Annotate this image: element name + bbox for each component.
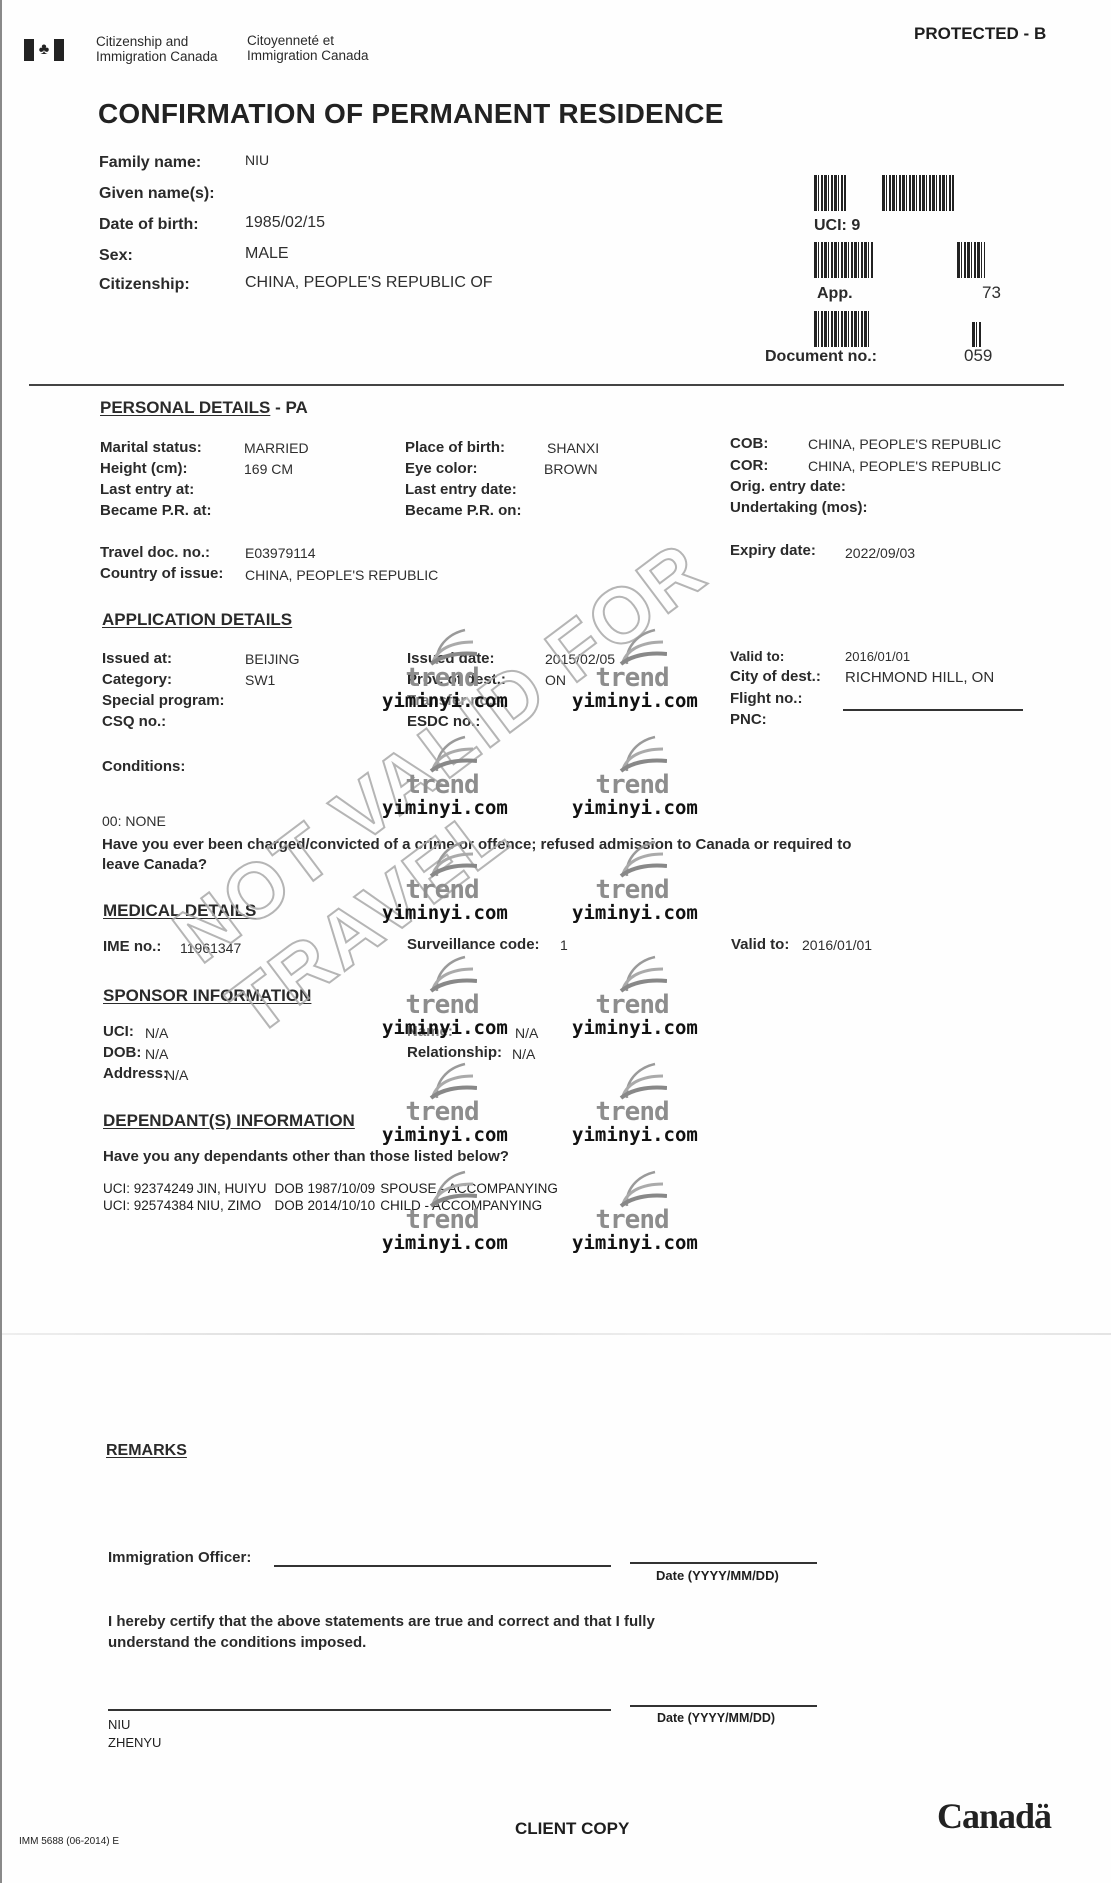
- canada-flag-icon: ♣: [24, 39, 64, 61]
- marital-status-value: MARRIED: [244, 440, 309, 456]
- trend-watermark: trendyiminyi.com: [382, 735, 502, 819]
- classification-label: PROTECTED - B: [914, 24, 1046, 44]
- medical-valid-to-label: Valid to:: [731, 936, 789, 953]
- header-divider: [29, 384, 1064, 386]
- sponsor-address-value: N/A: [165, 1067, 188, 1083]
- city-of-dest-value: RICHMOND HILL, ON: [845, 669, 994, 686]
- trend-watermark: trendyiminyi.com: [572, 955, 692, 1039]
- travel-doc-label: Travel doc. no.:: [100, 544, 210, 561]
- dept-name-fr: Citoyenneté etImmigration Canada: [247, 33, 369, 63]
- app-barcode-left: [814, 242, 874, 278]
- trend-watermark: trendyiminyi.com: [382, 955, 502, 1039]
- surveillance-code-value: 1: [560, 937, 568, 953]
- trend-watermark: trendyiminyi.com: [572, 1062, 692, 1146]
- category-label: Category:: [102, 671, 172, 688]
- document-barcode-right: [972, 322, 982, 347]
- family-name-value: NIU: [245, 152, 269, 168]
- page-title: CONFIRMATION OF PERMANENT RESIDENCE: [98, 98, 724, 130]
- sponsor-uci-label: UCI:: [103, 1023, 134, 1040]
- height-value: 169 CM: [244, 461, 293, 477]
- pnc-label: PNC:: [730, 711, 767, 728]
- given-names-label: Given name(s):: [99, 185, 215, 203]
- place-of-birth-label: Place of birth:: [405, 439, 505, 456]
- ime-no-label: IME no.:: [103, 938, 161, 955]
- sponsor-relationship-label: Relationship:: [407, 1044, 502, 1061]
- valid-to-value: 2016/01/01: [845, 649, 910, 664]
- officer-date-label: Date (YYYY/MM/DD): [656, 1568, 779, 1583]
- dob-label: Date of birth:: [99, 216, 199, 234]
- csq-no-label: CSQ no.:: [102, 713, 166, 730]
- admissibility-question-cont: leave Canada?: [102, 856, 207, 873]
- trend-watermark: trendyiminyi.com: [382, 840, 502, 924]
- application-details-heading: APPLICATION DETAILS: [102, 610, 292, 630]
- last-entry-at-label: Last entry at:: [100, 481, 194, 498]
- dependants-info-heading: DEPENDANT(S) INFORMATION: [103, 1111, 355, 1131]
- client-copy-label: CLIENT COPY: [515, 1819, 629, 1839]
- issued-at-label: Issued at:: [102, 650, 172, 667]
- issued-at-value: BEIJING: [245, 651, 299, 667]
- flight-no-line: [843, 709, 1023, 711]
- trend-watermark: trendyiminyi.com: [382, 1062, 502, 1146]
- medical-valid-to-value: 2016/01/01: [802, 937, 872, 953]
- category-value: SW1: [245, 672, 275, 688]
- canada-wordmark: Canadä: [937, 1795, 1051, 1837]
- immigration-officer-label: Immigration Officer:: [108, 1549, 251, 1566]
- uci-barcode-label: UCI: 9: [814, 217, 860, 235]
- last-entry-date-label: Last entry date:: [405, 481, 517, 498]
- travel-doc-value: E03979114: [245, 545, 316, 561]
- dept-name-en: Citizenship andImmigration Canada: [96, 34, 218, 64]
- officer-signature-line[interactable]: [274, 1565, 611, 1567]
- trend-watermark: trendyiminyi.com: [572, 735, 692, 819]
- family-name-label: Family name:: [99, 154, 201, 172]
- document-barcode-left: [814, 311, 870, 347]
- sponsor-name-value: N/A: [515, 1025, 538, 1041]
- cob-label: COB:: [730, 435, 768, 452]
- personal-details-heading: PERSONAL DETAILS - PA: [100, 398, 308, 418]
- height-label: Height (cm):: [100, 460, 188, 477]
- client-date-label: Date (YYYY/MM/DD): [657, 1711, 775, 1725]
- sponsor-dob-label: DOB:: [103, 1044, 141, 1061]
- sponsor-uci-value: N/A: [145, 1025, 168, 1041]
- eye-color-value: BROWN: [544, 461, 598, 477]
- sponsor-relationship-value: N/A: [512, 1046, 535, 1062]
- signer-given-name: ZHENYU: [108, 1735, 161, 1750]
- conditions-label: Conditions:: [102, 758, 185, 775]
- became-pr-at-label: Became P.R. at:: [100, 502, 211, 519]
- trend-watermark: trendyiminyi.com: [572, 840, 692, 924]
- eye-color-label: Eye color:: [405, 460, 478, 477]
- remarks-heading: REMARKS: [106, 1442, 187, 1460]
- document-page: ♣ Citizenship andImmigration Canada Cito…: [0, 0, 1111, 1883]
- dependants-question: Have you any dependants other than those…: [103, 1148, 509, 1165]
- citizenship-label: Citizenship:: [99, 276, 190, 294]
- document-number-label: Document no.:: [765, 348, 877, 366]
- became-pr-on-label: Became P.R. on:: [405, 502, 521, 519]
- certify-statement-cont: understand the conditions imposed.: [108, 1634, 366, 1651]
- sex-label: Sex:: [99, 247, 133, 265]
- sponsor-dob-value: N/A: [145, 1046, 168, 1062]
- sponsor-address-label: Address:: [103, 1065, 168, 1082]
- app-barcode-right: [957, 242, 985, 278]
- uci-barcode-right: [882, 175, 954, 211]
- client-date-line[interactable]: [630, 1705, 817, 1707]
- signer-family-name: NIU: [108, 1717, 130, 1732]
- page-fold: [2, 1333, 1111, 1335]
- document-number-suffix: 059: [964, 346, 992, 366]
- dob-value: 1985/02/15: [245, 214, 325, 232]
- app-barcode-label: App.: [817, 285, 853, 303]
- citizenship-value: CHINA, PEOPLE'S REPUBLIC OF: [245, 274, 493, 292]
- country-of-issue-value: CHINA, PEOPLE'S REPUBLIC: [245, 567, 438, 583]
- marital-status-label: Marital status:: [100, 439, 202, 456]
- trend-watermark: trendyiminyi.com: [572, 1170, 692, 1254]
- officer-date-line[interactable]: [630, 1562, 817, 1564]
- country-of-issue-label: Country of issue:: [100, 565, 223, 582]
- certify-statement: I hereby certify that the above statemen…: [108, 1613, 655, 1630]
- surveillance-code-label: Surveillance code:: [407, 936, 540, 953]
- special-program-label: Special program:: [102, 692, 225, 709]
- trend-watermark: trendyiminyi.com: [382, 1170, 502, 1254]
- place-of-birth-value: SHANXI: [547, 440, 599, 456]
- trend-watermark: trendyiminyi.com: [382, 628, 502, 712]
- uci-barcode-left: [814, 175, 846, 211]
- client-signature-line[interactable]: [108, 1709, 611, 1711]
- conditions-value: 00: NONE: [102, 813, 166, 829]
- form-identifier: IMM 5688 (06-2014) E: [19, 1836, 119, 1847]
- trend-watermark: trendyiminyi.com: [572, 628, 692, 712]
- sex-value: MALE: [245, 245, 289, 263]
- app-number-suffix: 73: [982, 283, 1001, 303]
